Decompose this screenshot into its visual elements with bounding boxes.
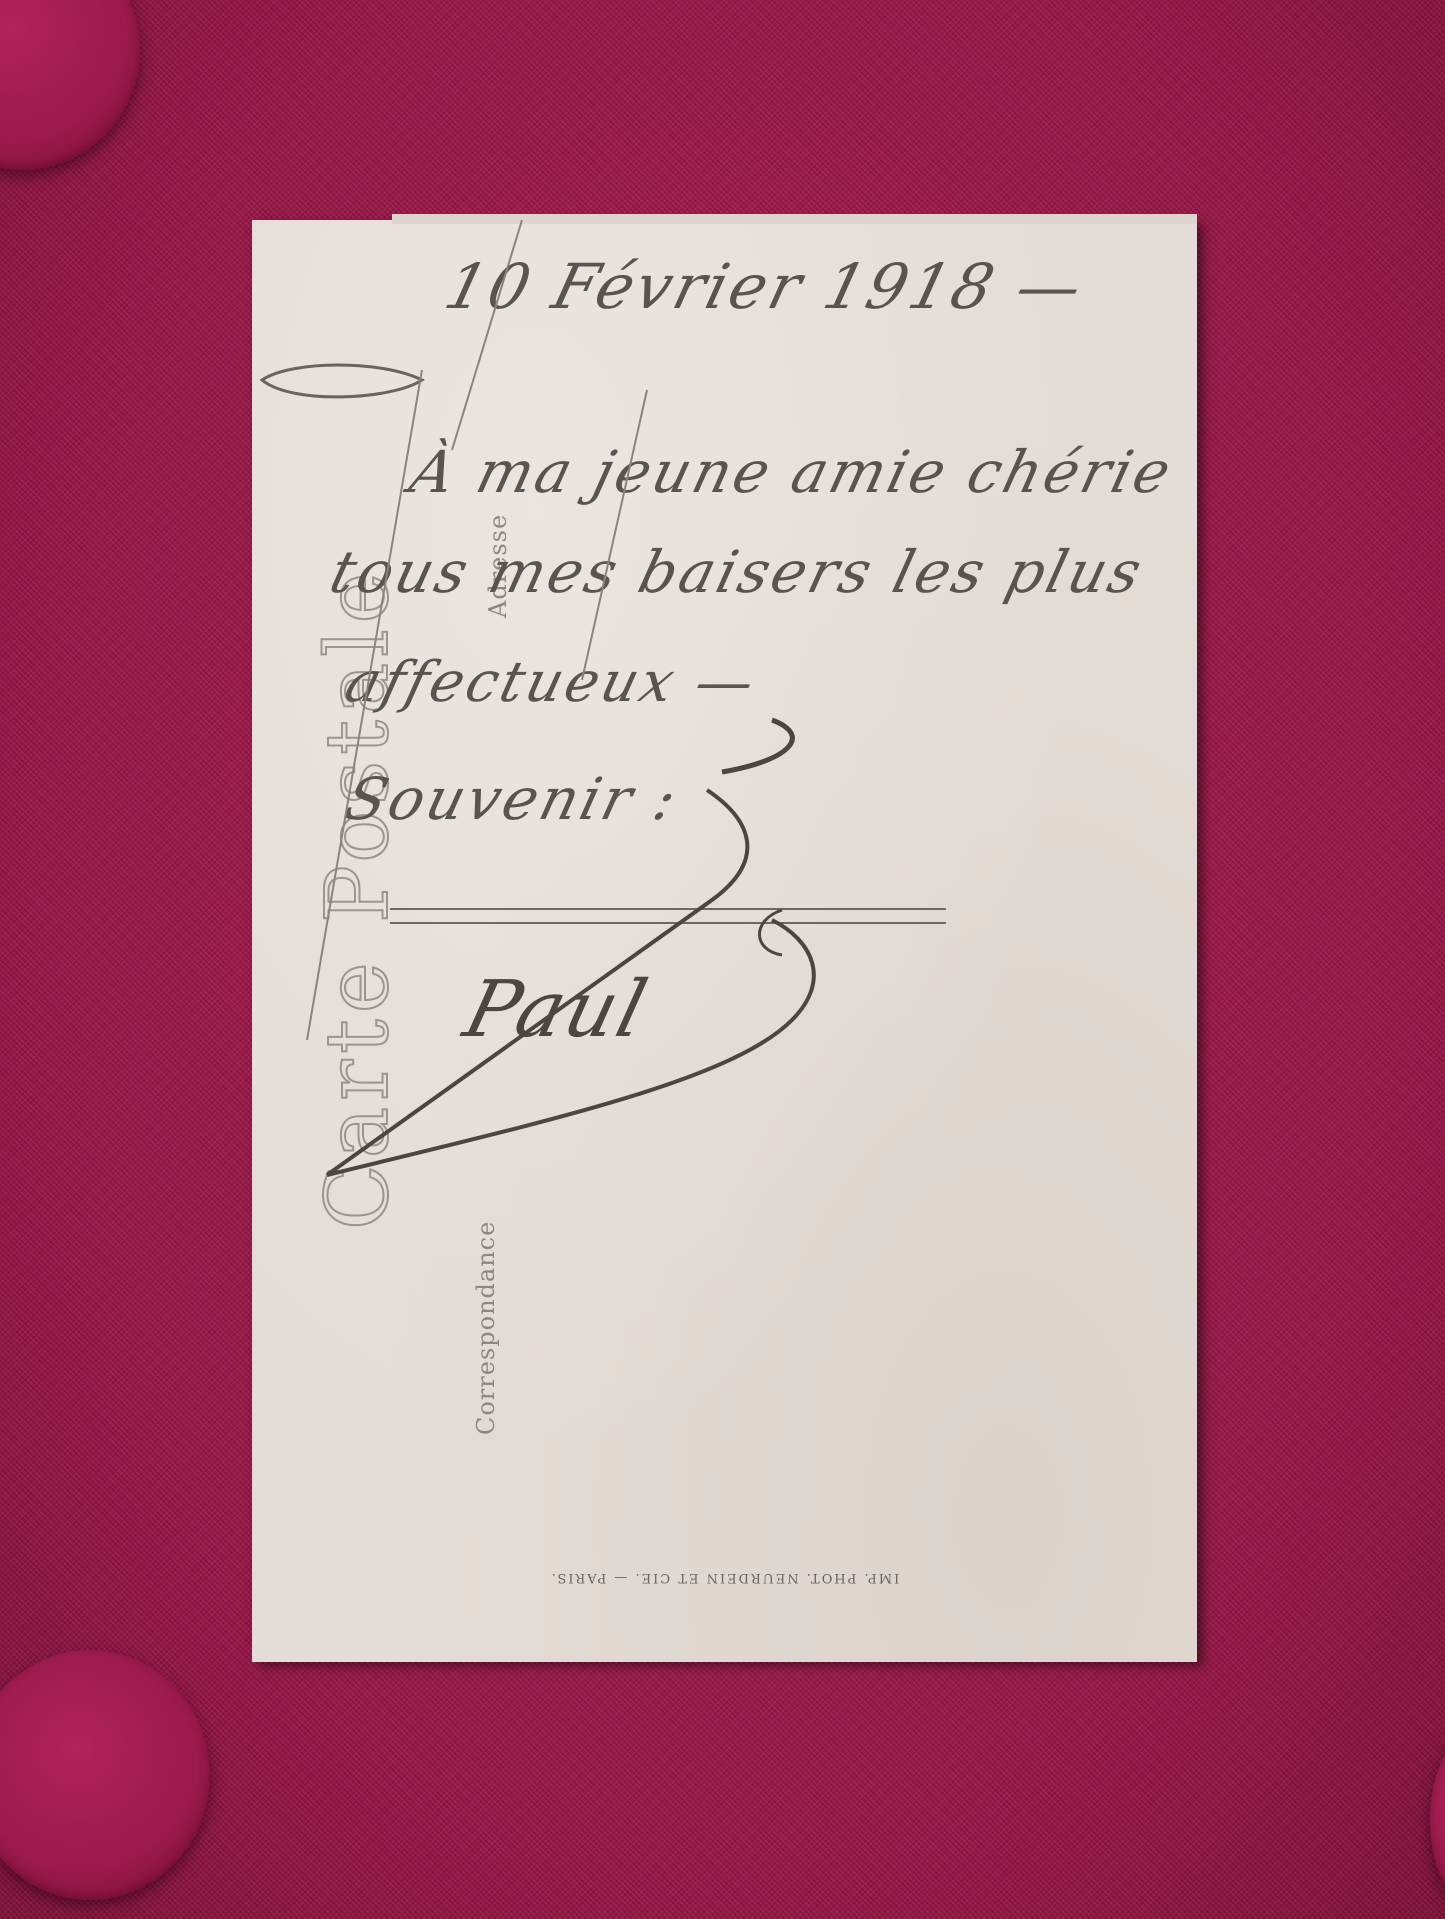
upholstery-button-right: [1430, 1720, 1445, 1919]
handwritten-date: 10 Février 1918 —: [438, 250, 1092, 323]
postcard-perforated-edge: [392, 214, 1197, 224]
ink-double-rule: [390, 908, 946, 924]
handwritten-signature: Paul: [456, 965, 657, 1055]
printer-credit: IMP. PHOT. NEURDEIN ET CIE. — PARIS.: [252, 1570, 1197, 1585]
handwritten-line-2: tous mes baisers les plus: [324, 538, 1151, 606]
handwritten-line-1: À ma jeune amie chérie: [404, 438, 1181, 506]
upholstery-button-top-left: [0, 0, 140, 170]
printed-label-correspondence: Correspondance: [472, 1221, 500, 1435]
handwritten-line-4: Souvenir :: [339, 765, 687, 833]
postcard-back: Carte Postale Adresse Correspondance 10 …: [252, 220, 1197, 1662]
handwritten-line-3: affectueux —: [339, 650, 764, 715]
upholstery-button-bottom-left: [0, 1650, 210, 1900]
